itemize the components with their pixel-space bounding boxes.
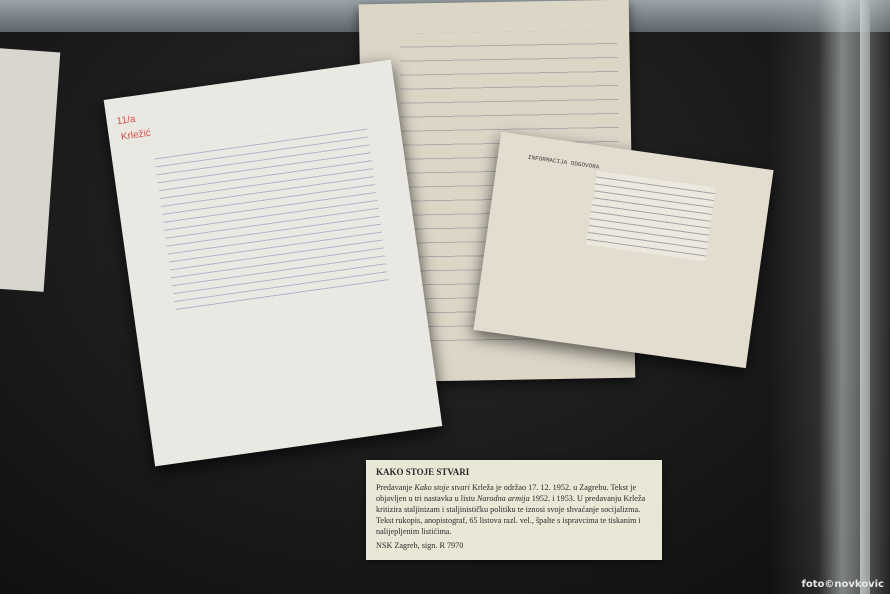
- red-annotation: 11/a: [116, 114, 136, 128]
- red-annotation: Krležić: [120, 128, 151, 143]
- card-header: INFORMACIJA ODGOVORA: [527, 154, 599, 171]
- index-card: INFORMACIJA ODGOVORA: [473, 132, 773, 368]
- label-body: Predavanje Kako stoje stvari Krleža je o…: [376, 482, 652, 537]
- exhibit-label: KAKO STOJE STVARI Predavanje Kako stoje …: [366, 460, 662, 560]
- pasted-clipping: [586, 171, 715, 262]
- glass-reflection: [770, 0, 890, 594]
- photo-watermark: foto©novkovic: [801, 579, 884, 590]
- label-signature: NSK Zagreb, sign. R 7970: [376, 541, 652, 550]
- typewritten-page: 11/a Krležić: [104, 60, 443, 467]
- label-title: KAKO STOJE STVARI: [376, 467, 652, 477]
